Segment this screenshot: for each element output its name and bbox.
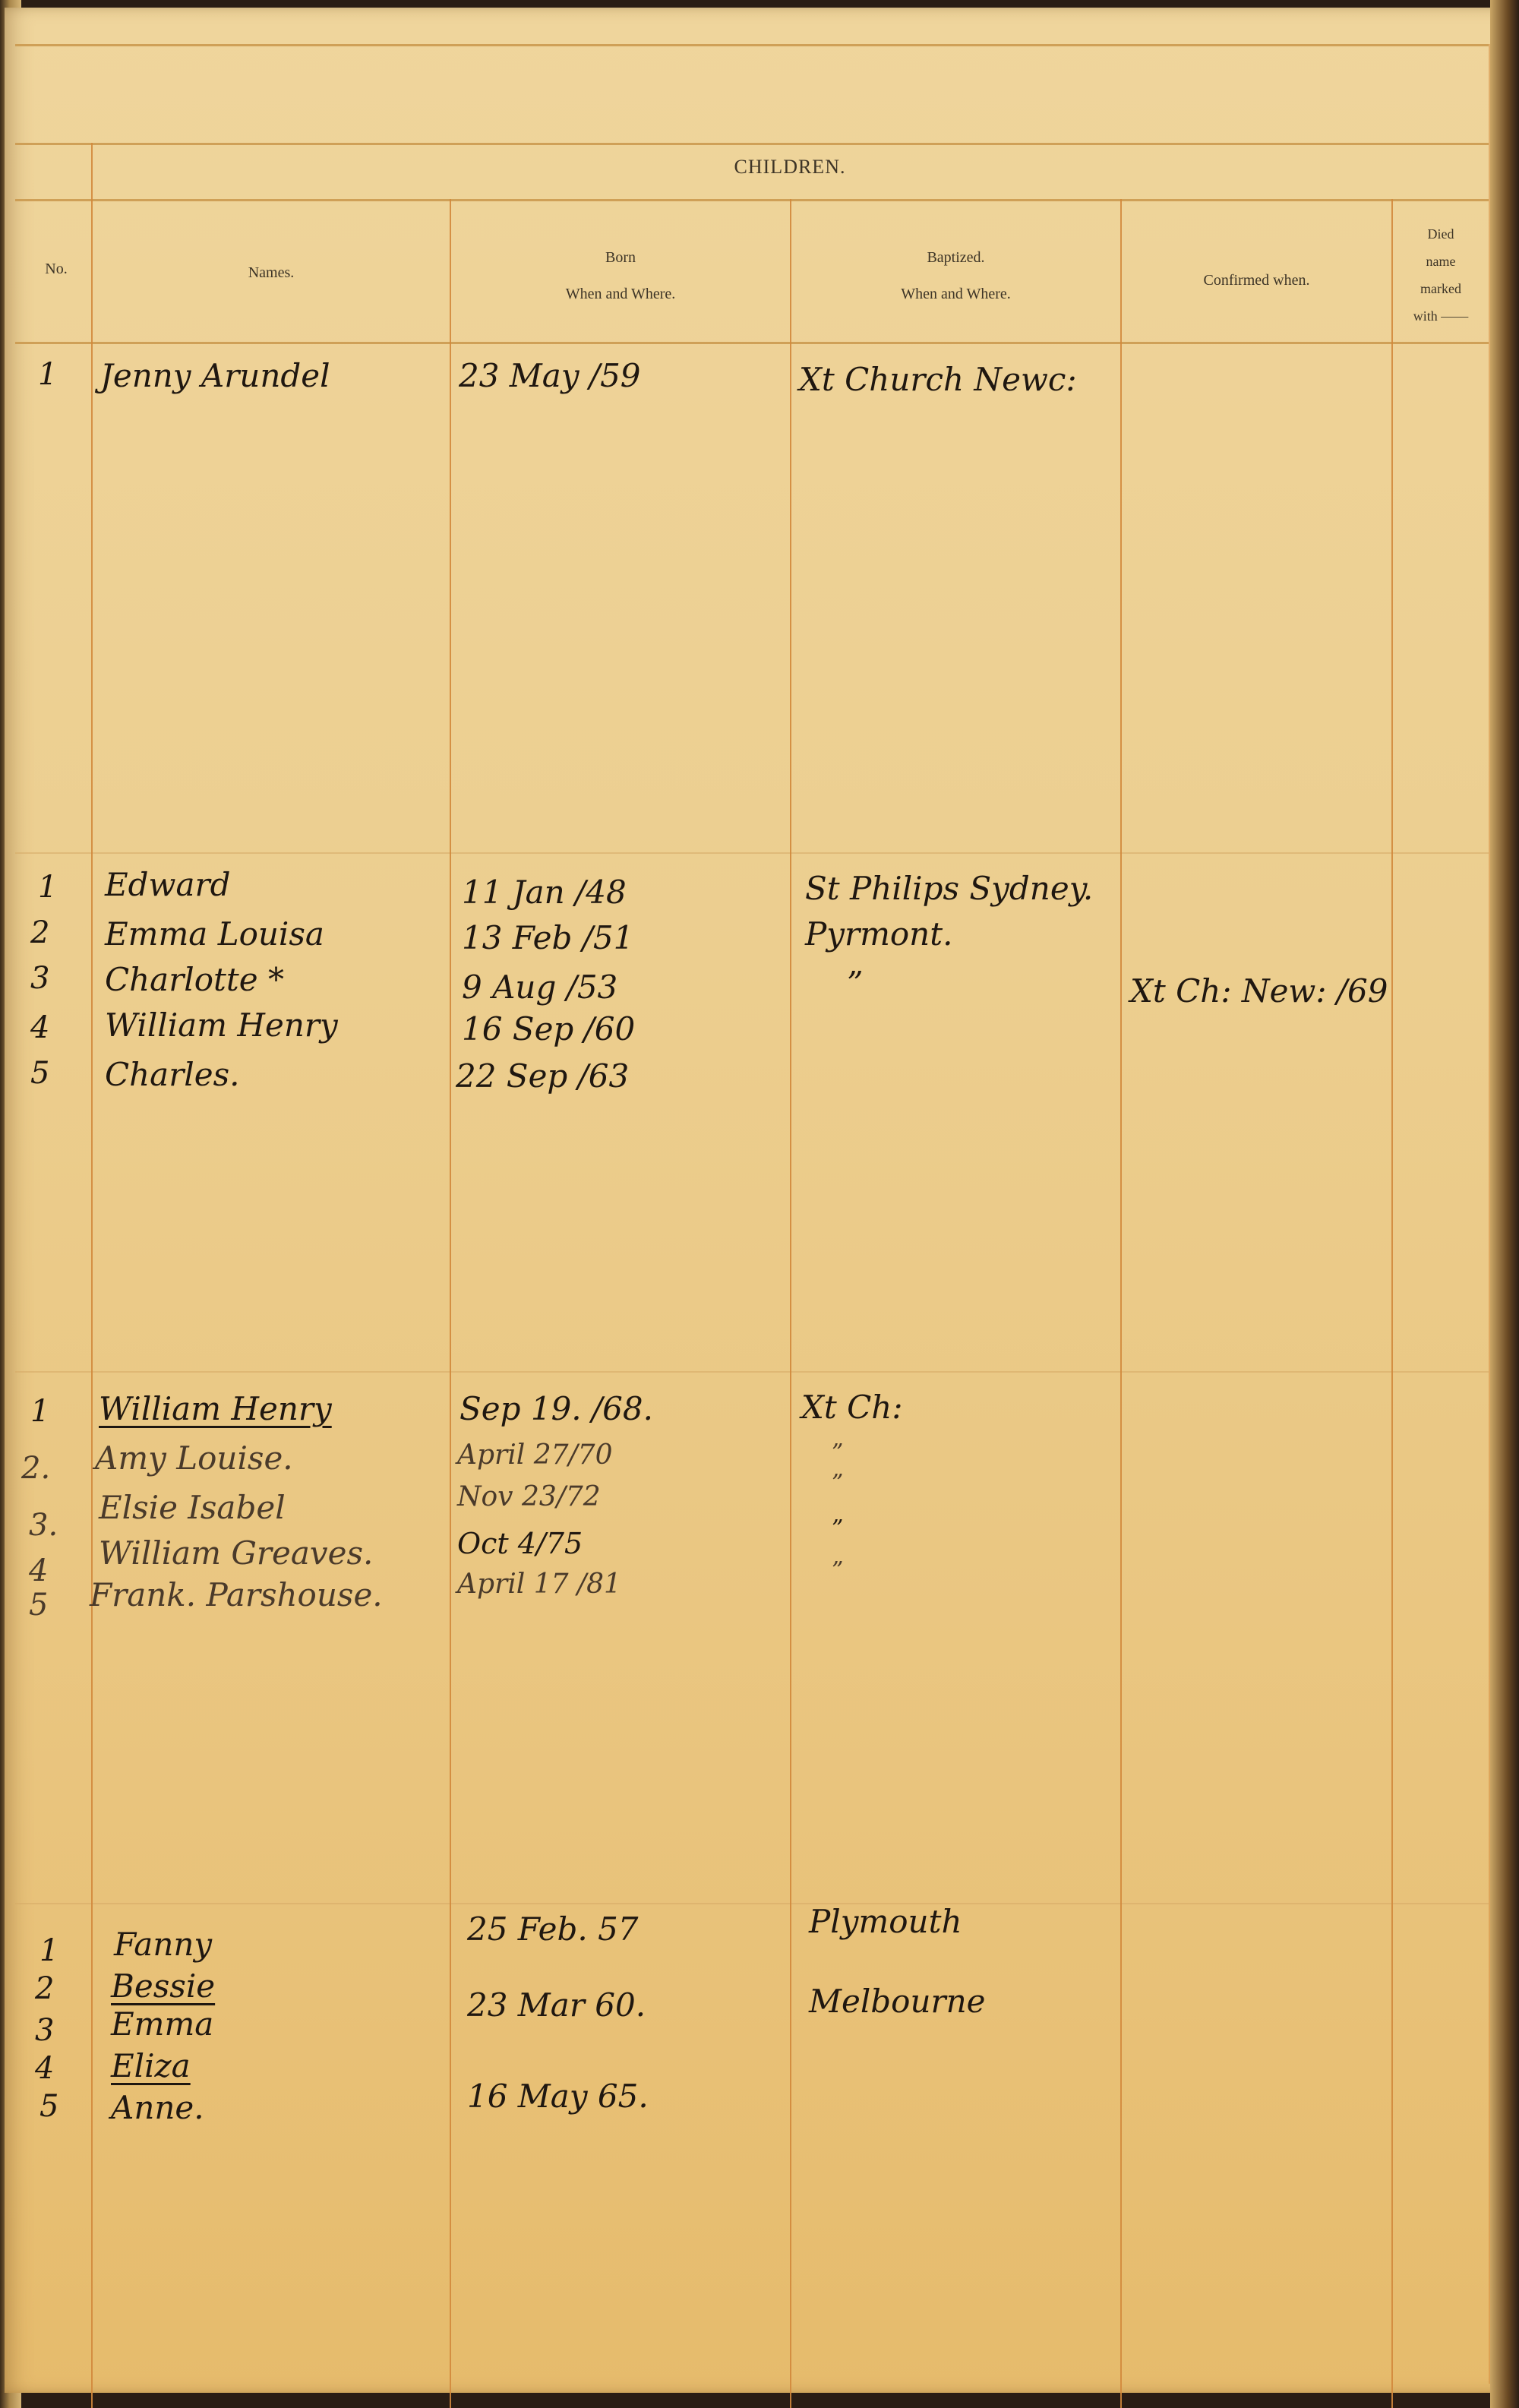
child-born: 16 Sep /60 bbox=[462, 1010, 635, 1048]
child-no: 3 bbox=[35, 2013, 54, 2048]
rule-header-bottom bbox=[15, 342, 1489, 344]
child-born: Oct 4/75 bbox=[457, 1527, 583, 1560]
child-born: April 17 /81 bbox=[457, 1569, 621, 1600]
child-name: William Henry bbox=[99, 1390, 332, 1427]
child-born: 25 Feb. 57 bbox=[467, 1910, 639, 1948]
child-baptized: Pyrmont. bbox=[805, 915, 952, 953]
col-rule-born bbox=[790, 199, 791, 2408]
header-baptized: Baptized. When and Where. bbox=[791, 239, 1120, 312]
section-title: CHILDREN. bbox=[91, 156, 1489, 179]
child-baptized: St Philips Sydney. bbox=[805, 870, 1093, 907]
child-name: Emma bbox=[111, 2005, 213, 2043]
child-no: 4 bbox=[30, 1010, 49, 1045]
header-no: No. bbox=[21, 251, 91, 287]
child-name: Anne. bbox=[111, 2089, 204, 2126]
child-no: 1 bbox=[38, 870, 57, 905]
child-no: 1 bbox=[38, 357, 57, 392]
child-name: Emma Louisa bbox=[105, 915, 324, 953]
col-rule-names bbox=[450, 199, 451, 2408]
child-no: 4 bbox=[35, 2051, 54, 2086]
child-no: 5 bbox=[29, 1588, 48, 1623]
family-divider-3 bbox=[15, 1903, 1489, 1904]
family-divider-2 bbox=[15, 1371, 1489, 1373]
child-born: 13 Feb /51 bbox=[462, 919, 633, 956]
child-no: 5 bbox=[30, 1056, 49, 1091]
child-baptized: Xt Ch: bbox=[801, 1389, 902, 1426]
child-born: 22 Sep /63 bbox=[456, 1057, 629, 1095]
child-no: 3. bbox=[29, 1508, 58, 1543]
child-no: 2 bbox=[35, 1971, 54, 2006]
child-baptized: ” bbox=[832, 1439, 843, 1466]
header-born: Born When and Where. bbox=[451, 239, 790, 312]
child-name: Bessie bbox=[111, 1967, 215, 2005]
col-rule-confirmed bbox=[1391, 199, 1393, 2408]
child-name: Frank. Parshouse. bbox=[90, 1576, 383, 1613]
child-born: 23 May /59 bbox=[459, 357, 641, 394]
child-name: William Henry bbox=[105, 1006, 338, 1044]
col-rule-edge bbox=[1489, 44, 1490, 2384]
child-born: Sep 19. /68. bbox=[459, 1390, 653, 1427]
page-edge bbox=[1490, 0, 1519, 2408]
child-baptized: ” bbox=[832, 1557, 843, 1584]
child-name: Eliza bbox=[111, 2047, 191, 2084]
child-no: 1 bbox=[30, 1394, 49, 1429]
child-born: 23 Mar 60. bbox=[467, 1986, 646, 2024]
child-name: Charlotte * bbox=[105, 961, 284, 998]
child-baptized: ” bbox=[832, 1515, 843, 1542]
child-name: William Greaves. bbox=[99, 1534, 373, 1572]
child-born: 9 Aug /53 bbox=[462, 969, 617, 1006]
child-born: 16 May 65. bbox=[467, 2078, 649, 2115]
header-names: Names. bbox=[93, 254, 450, 291]
child-born: 11 Jan /48 bbox=[462, 874, 627, 911]
family-divider-1 bbox=[15, 852, 1489, 854]
child-confirmed: Xt Ch: New: /69 bbox=[1130, 972, 1388, 1010]
child-born: Nov 23/72 bbox=[457, 1481, 601, 1512]
child-no: 2 bbox=[30, 915, 49, 950]
child-no: 1 bbox=[39, 1933, 58, 1968]
child-baptized: ” bbox=[832, 1470, 843, 1496]
child-name: Fanny bbox=[114, 1926, 212, 1963]
header-confirmed: Confirmed when. bbox=[1122, 262, 1391, 299]
col-rule-baptized bbox=[1120, 199, 1122, 2408]
child-no: 2. bbox=[21, 1451, 50, 1486]
child-baptized: ” bbox=[847, 965, 863, 1002]
child-no: 5 bbox=[39, 2089, 58, 2124]
col-rule-no bbox=[91, 143, 93, 2408]
rule-top bbox=[15, 44, 1489, 46]
child-name: Jenny Arundel bbox=[100, 357, 330, 394]
rule-title-top bbox=[15, 143, 1489, 145]
child-baptized: Plymouth bbox=[809, 1903, 962, 1940]
child-baptized: Xt Church Newc: bbox=[799, 361, 1077, 398]
child-name: Amy Louise. bbox=[95, 1439, 293, 1477]
child-name: Elsie Isabel bbox=[99, 1489, 286, 1526]
child-no: 3 bbox=[30, 961, 49, 996]
child-baptized: Melbourne bbox=[809, 1983, 986, 2020]
rule-title-bottom bbox=[15, 199, 1489, 201]
child-name: Edward bbox=[105, 866, 231, 903]
child-no: 4 bbox=[29, 1553, 48, 1588]
child-name: Charles. bbox=[105, 1056, 240, 1093]
child-born: April 27/70 bbox=[457, 1439, 612, 1471]
header-died: Died name marked with —— bbox=[1393, 220, 1489, 330]
